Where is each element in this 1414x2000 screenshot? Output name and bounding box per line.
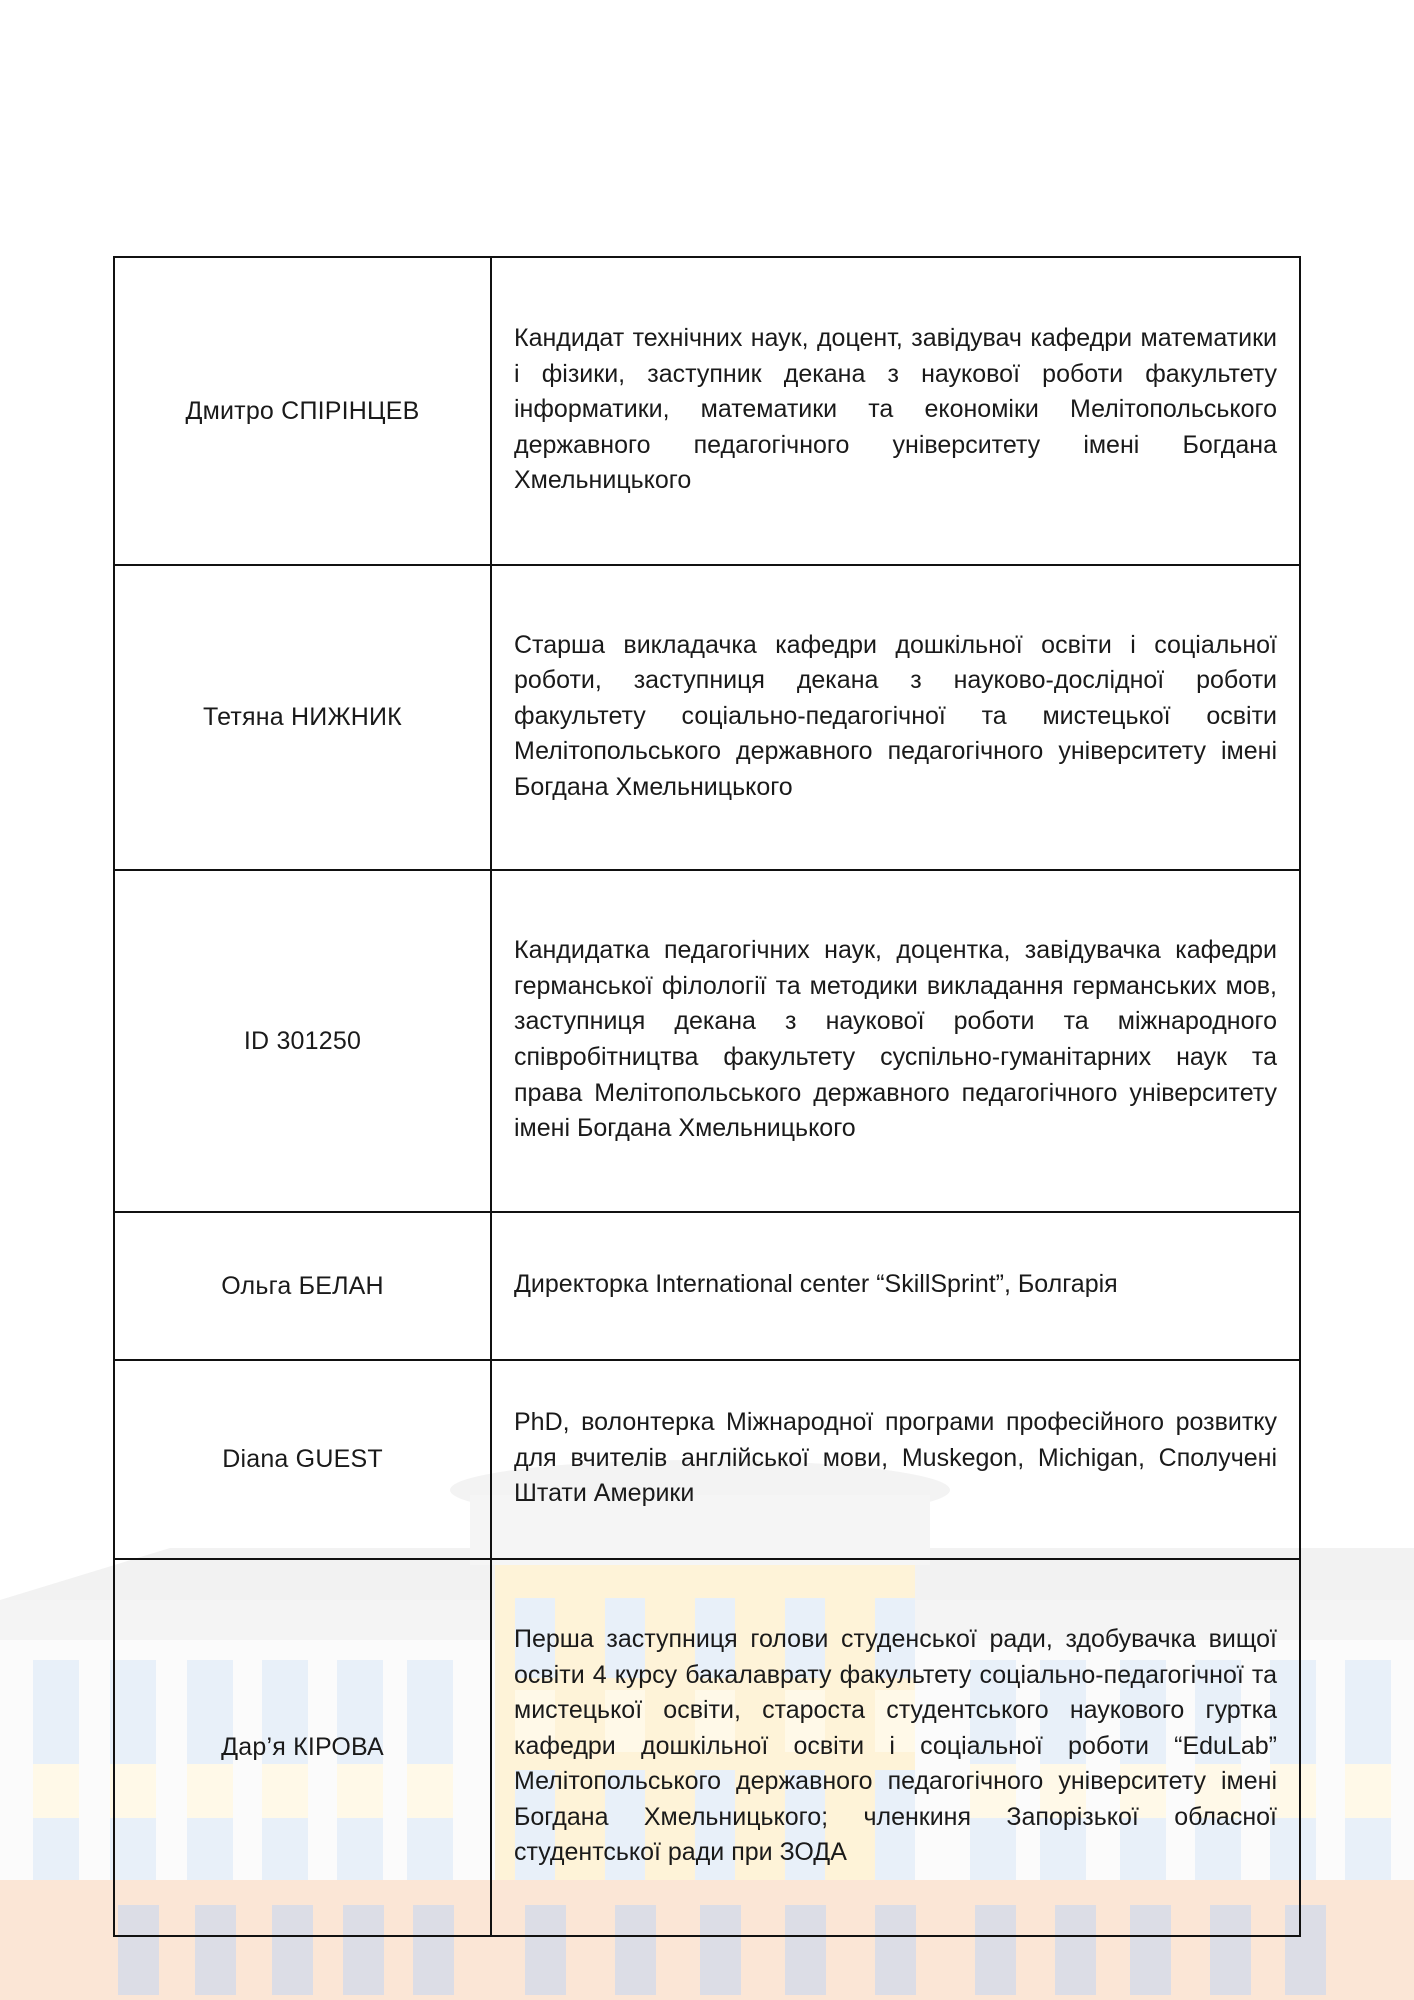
member-description: Кандидатка педагогічних наук, доцентка, … <box>491 870 1300 1212</box>
member-name: Дар’я КІРОВА <box>114 1559 491 1936</box>
member-description: PhD, волонтерка Міжнародної програми про… <box>491 1360 1300 1559</box>
table-row: ID 301250 Кандидатка педагогічних наук, … <box>114 870 1300 1212</box>
member-description: Кандидат технічних наук, доцент, завідув… <box>491 257 1300 565</box>
table-row: Diana GUEST PhD, волонтерка Міжнародної … <box>114 1360 1300 1559</box>
member-description: Перша заступниця голови студенської ради… <box>491 1559 1300 1936</box>
member-description: Старша викладачка кафедри дошкільної осв… <box>491 565 1300 870</box>
table-row: Ольга БЕЛАН Директорка International cen… <box>114 1212 1300 1360</box>
table-row: Тетяна НИЖНИК Старша викладачка кафедри … <box>114 565 1300 870</box>
member-name: Тетяна НИЖНИК <box>114 565 491 870</box>
member-name: Дмитро СПІРІНЦЕВ <box>114 257 491 565</box>
member-name: Diana GUEST <box>114 1360 491 1559</box>
table-row: Дар’я КІРОВА Перша заступниця голови сту… <box>114 1559 1300 1936</box>
committee-table: Дмитро СПІРІНЦЕВ Кандидат технічних наук… <box>113 256 1301 1937</box>
member-description: Директорка International center “SkillSp… <box>491 1212 1300 1360</box>
table-row: Дмитро СПІРІНЦЕВ Кандидат технічних наук… <box>114 257 1300 565</box>
member-name: ID 301250 <box>114 870 491 1212</box>
member-name: Ольга БЕЛАН <box>114 1212 491 1360</box>
